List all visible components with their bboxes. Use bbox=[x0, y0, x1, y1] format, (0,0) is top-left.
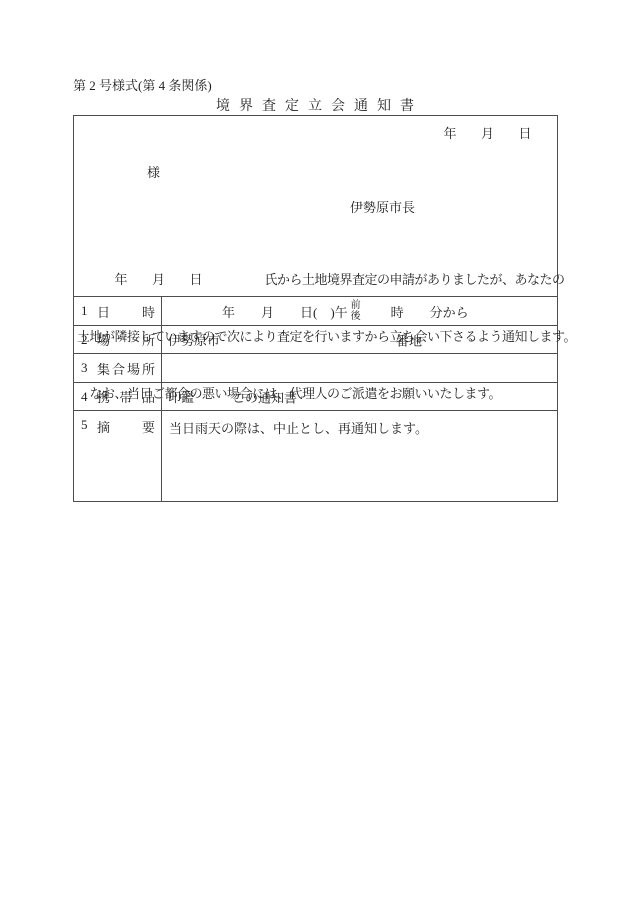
meeting-place-value-cell bbox=[162, 354, 557, 382]
table-row-place: 2 場 所 伊勢原市 番地 bbox=[74, 326, 557, 354]
meeting-place-label: 集 合 場 所 bbox=[97, 359, 155, 378]
datetime-label: 日 時 bbox=[97, 302, 155, 321]
row-number: 2 bbox=[81, 332, 90, 348]
row-number: 5 bbox=[81, 417, 90, 433]
row-number: 4 bbox=[81, 389, 90, 405]
banchi-label: 番地 bbox=[396, 330, 422, 349]
table-row-remarks: 5 摘 要 当日雨天の際は、中止とし、再通知します。 bbox=[74, 411, 557, 501]
document-title: 境界査定立会通知書 bbox=[0, 95, 630, 115]
place-value-cell: 伊勢原市 番地 bbox=[162, 326, 557, 353]
meridiem-stack: 前 後 bbox=[351, 300, 361, 322]
belongings-item-seal: 印鑑 bbox=[162, 387, 194, 406]
notice-box-inner: 年 月 日 様 伊勢原市長 年 月 日 氏から土地境界査定の申請がありましたが、… bbox=[74, 116, 557, 501]
remarks-text: 当日雨天の際は、中止とし、再通知します。 bbox=[169, 418, 428, 437]
place-label-cell: 2 場 所 bbox=[74, 326, 162, 353]
appointment-table: 1 日 時 年 月 日( )午 前 後 時 分から bbox=[74, 296, 557, 501]
sender-title: 伊勢原市長 bbox=[350, 197, 415, 216]
datetime-blank-prefix: 年 月 日( )午 bbox=[162, 302, 348, 321]
table-row-datetime: 1 日 時 年 月 日( )午 前 後 時 分から bbox=[74, 297, 557, 326]
datetime-label-cell: 1 日 時 bbox=[74, 297, 162, 325]
meridiem-am: 前 bbox=[351, 300, 361, 311]
table-row-belongings: 4 携 帯 品 印鑑 この通知書 bbox=[74, 383, 557, 411]
belongings-label-cell: 4 携 帯 品 bbox=[74, 383, 162, 410]
remarks-value-cell: 当日雨天の際は、中止とし、再通知します。 bbox=[162, 411, 557, 501]
row-number: 3 bbox=[81, 360, 90, 376]
place-label: 場 所 bbox=[97, 330, 155, 349]
datetime-value-cell: 年 月 日( )午 前 後 時 分から bbox=[162, 297, 557, 325]
remarks-label-cell: 5 摘 要 bbox=[74, 411, 162, 501]
addressee-suffix: 様 bbox=[147, 162, 160, 181]
belongings-value-cell: 印鑑 この通知書 bbox=[162, 383, 557, 410]
issue-date-blank: 年 月 日 bbox=[443, 123, 531, 142]
belongings-label: 携 帯 品 bbox=[97, 387, 155, 406]
place-city: 伊勢原市 bbox=[162, 330, 220, 349]
notice-box: 年 月 日 様 伊勢原市長 年 月 日 氏から土地境界査定の申請がありましたが、… bbox=[73, 115, 558, 502]
meridiem-pm: 後 bbox=[351, 311, 361, 322]
row-number: 1 bbox=[81, 303, 90, 319]
remarks-label: 摘 要 bbox=[97, 417, 155, 436]
notice-line-1: 年 月 日 氏から土地境界査定の申請がありましたが、あなたの bbox=[77, 270, 557, 289]
meeting-place-label-cell: 3 集 合 場 所 bbox=[74, 354, 162, 382]
form-number: 第 2 号様式(第 4 条関係) bbox=[73, 75, 212, 94]
table-row-meeting-place: 3 集 合 場 所 bbox=[74, 354, 557, 383]
datetime-blank-suffix: 時 分から bbox=[391, 302, 469, 321]
belongings-item-notice: この通知書 bbox=[232, 387, 297, 406]
